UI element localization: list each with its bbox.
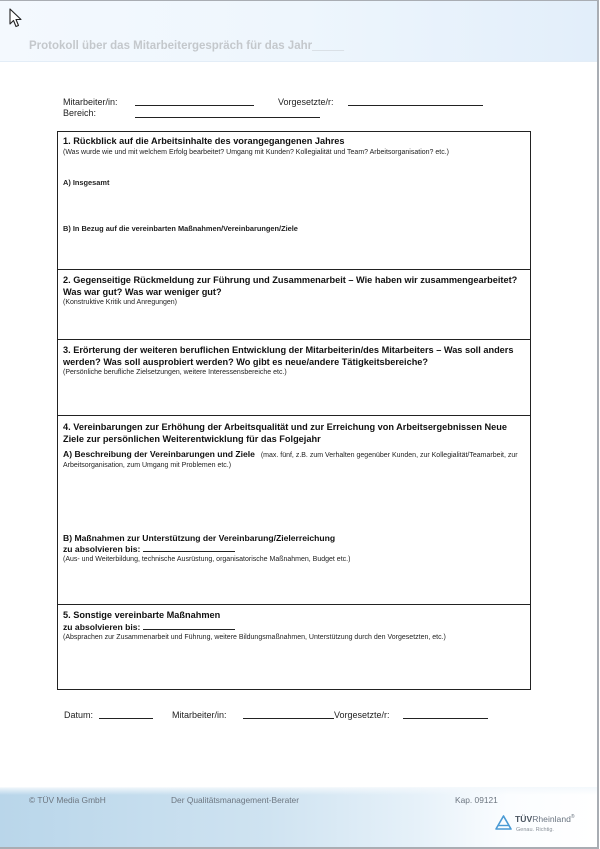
signature-date-field[interactable] <box>99 718 153 719</box>
signature-employee-field[interactable] <box>243 718 334 719</box>
signature-supervisor-field[interactable] <box>403 718 488 719</box>
section-1-part-a-answer[interactable] <box>63 180 525 220</box>
section-4: 4. Vereinbarungen zur Erhöhung der Arbei… <box>63 422 525 470</box>
section-4-part-b-title: B) Maßnahmen zur Unterstützung der Verei… <box>63 533 525 544</box>
section-3-heading: 3. Erörterung der weiteren beruflichen E… <box>63 345 525 368</box>
supervisor-field[interactable] <box>348 105 483 106</box>
section-4-part-a: A) Beschreibung der Vereinbarungen und Z… <box>63 450 525 470</box>
section-4-heading: 4. Vereinbarungen zur Erhöhung der Arbei… <box>63 422 525 445</box>
footer-copyright: © TÜV Media GmbH <box>29 795 106 805</box>
section-5-answer[interactable] <box>63 657 525 685</box>
section-2: 2. Gegenseitige Rückmeldung zur Führung … <box>63 275 525 308</box>
supervisor-label: Vorgesetzte/r: <box>278 97 334 107</box>
document-page: Protokoll über das Mitarbeitergespräch f… <box>0 0 599 849</box>
section-1-part-b-answer[interactable] <box>63 236 525 268</box>
section-4-part-b-answer[interactable] <box>63 570 525 600</box>
mouse-cursor-icon <box>9 8 23 28</box>
section-1-part-b: B) In Bezug auf die vereinbarten Maßnahm… <box>63 224 525 233</box>
logo-brand-rest: Rheinland <box>532 814 571 824</box>
section-2-answer[interactable] <box>63 310 525 336</box>
form-box: 1. Rückblick auf die Arbeitsinhalte des … <box>57 131 531 690</box>
section-4-part-a-answer[interactable] <box>63 477 525 527</box>
footer-chapter: Kap. 09121 <box>455 795 498 805</box>
footer-fade <box>0 787 597 795</box>
logo-brand: TÜVRheinland® <box>515 814 575 824</box>
employee-field[interactable] <box>135 105 254 106</box>
section-5: 5. Sonstige vereinbarte Maßnahmen zu abs… <box>63 610 525 642</box>
document-title: Protokoll über das Mitarbeitergespräch f… <box>29 40 344 52</box>
header-band <box>0 1 597 62</box>
section-4-part-b-hint: (Aus- und Weiterbildung, technische Ausr… <box>63 555 525 565</box>
employee-label: Mitarbeiter/in: <box>63 97 118 107</box>
footer-publication: Der Qualitätsmanagement-Berater <box>171 795 299 805</box>
section-divider <box>58 269 530 270</box>
section-4-deadline: zu absolvieren bis: <box>63 544 525 555</box>
section-5-hint: (Absprachen zur Zusammenarbeit und Führu… <box>63 633 525 643</box>
signature-supervisor-label: Vorgesetzte/r: <box>334 710 390 720</box>
section-4-part-a-title: A) Beschreibung der Vereinbarungen und Z… <box>63 449 255 459</box>
section-4-deadline-label: zu absolvieren bis: <box>63 544 140 554</box>
section-5-deadline: zu absolvieren bis: <box>63 622 525 633</box>
section-3-hint: (Persönliche berufliche Zielsetzungen, w… <box>63 368 525 378</box>
section-2-hint: (Konstruktive Kritik und Anregungen) <box>63 298 525 308</box>
triangle-logo-icon <box>495 815 512 830</box>
section-2-heading: 2. Gegenseitige Rückmeldung zur Führung … <box>63 275 525 298</box>
signature-employee-label: Mitarbeiter/in: <box>172 710 227 720</box>
logo-registered: ® <box>571 814 575 820</box>
section-1-heading: 1. Rückblick auf die Arbeitsinhalte des … <box>63 136 525 148</box>
section-divider <box>58 604 530 605</box>
logo-tagline: Genau. Richtig. <box>516 827 554 833</box>
section-1-hint: (Was wurde wie und mit welchem Erfolg be… <box>63 148 525 158</box>
department-field[interactable] <box>135 117 320 118</box>
section-4-part-b: B) Maßnahmen zur Unterstützung der Verei… <box>63 533 525 565</box>
signature-date-label: Datum: <box>64 710 93 720</box>
department-label: Bereich: <box>63 108 96 118</box>
section-3: 3. Erörterung der weiteren beruflichen E… <box>63 345 525 378</box>
section-4-deadline-field[interactable] <box>143 551 235 552</box>
section-5-deadline-field[interactable] <box>143 629 235 630</box>
section-divider <box>58 339 530 340</box>
logo-brand-bold: TÜV <box>515 814 532 824</box>
section-5-heading: 5. Sonstige vereinbarte Maßnahmen <box>63 610 525 622</box>
section-1: 1. Rückblick auf die Arbeitsinhalte des … <box>63 136 525 157</box>
section-5-deadline-label: zu absolvieren bis: <box>63 622 140 632</box>
section-3-answer[interactable] <box>63 382 525 412</box>
section-divider <box>58 415 530 416</box>
